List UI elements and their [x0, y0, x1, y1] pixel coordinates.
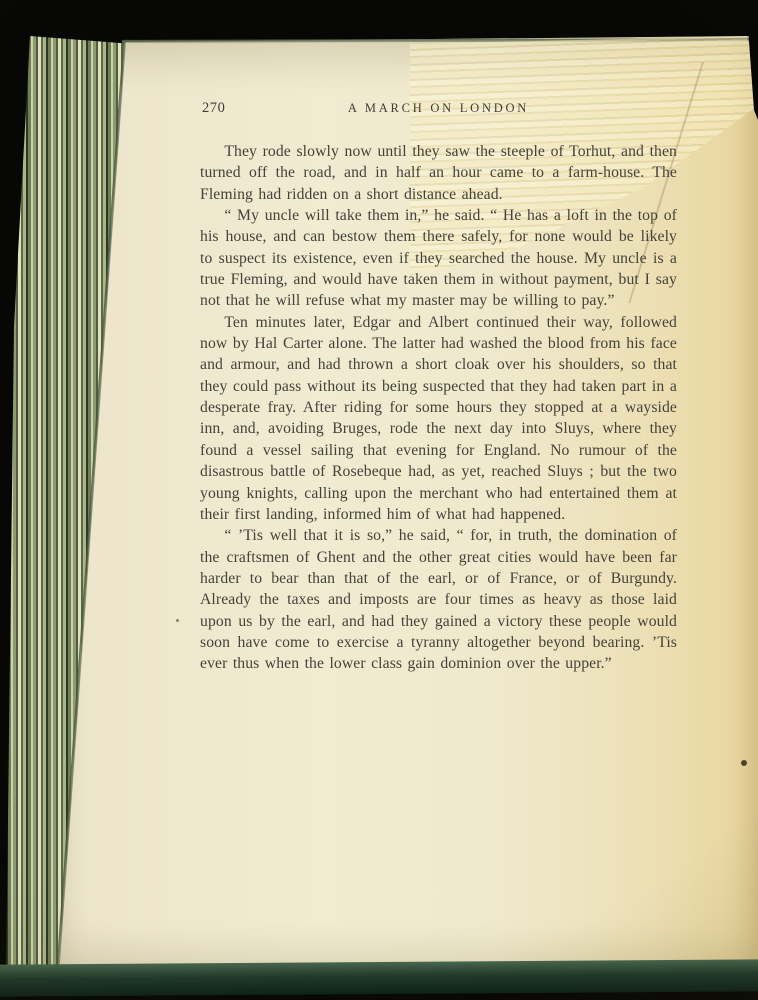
ink-speck — [176, 619, 179, 622]
page-header: 270 A MARCH ON LONDON — [200, 100, 677, 120]
paragraph: “ My uncle will take them in,” he said. … — [200, 205, 677, 312]
page-body: They rode slowly now until they saw the … — [200, 141, 677, 675]
running-title: A MARCH ON LONDON — [348, 101, 529, 116]
paragraph: Ten minutes later, Edgar and Albert cont… — [200, 312, 677, 525]
paragraph: They rode slowly now until they saw the … — [200, 141, 677, 205]
book-page-photo: 270 A MARCH ON LONDON They rode slowly n… — [0, 0, 758, 1000]
page-content: 270 A MARCH ON LONDON They rode slowly n… — [200, 100, 677, 675]
paragraph: “ ’Tis well that it is so,” he said, “ f… — [200, 525, 677, 674]
book-cover-edge — [0, 959, 758, 996]
ink-speck — [741, 760, 747, 766]
page-number: 270 — [202, 100, 225, 117]
